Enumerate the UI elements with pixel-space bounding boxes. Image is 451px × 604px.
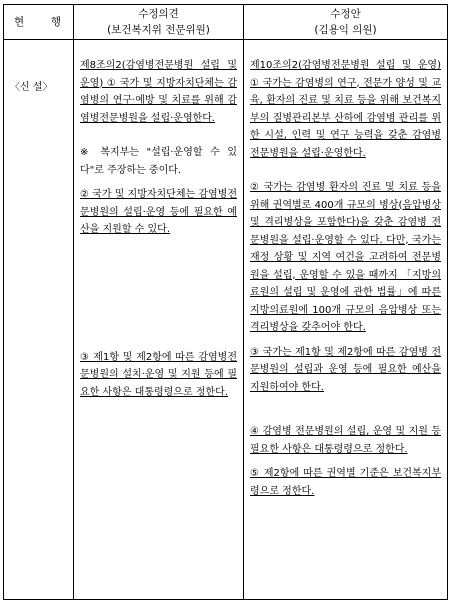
header-amendment: 수정안 (김용익 의원) [244, 5, 448, 40]
header-current: 현 행 [4, 5, 74, 40]
amendment-para-5: ⑤ 제2항에 따른 권역별 기준은 보건복지부령으로 정한다. [250, 465, 441, 500]
header-row: 현 행 수정의견 (보건복지위 전문위원) 수정안 (김용익 의원) [4, 5, 448, 40]
header-amendment-title: 수정안 [244, 6, 447, 22]
amendment-para-2: ② 국가는 감염병 환자의 진료 및 치료 등을 위해 권역별로 400개 규모… [250, 179, 441, 337]
header-opinion-title: 수정의견 [74, 6, 243, 22]
body-row: 〈신 설〉 제8조의2(감염병전문병원 설립 및 운영) ① 국가 및 지방자치… [4, 40, 448, 600]
current-status: 〈신 설〉 [4, 40, 73, 93]
header-current-left: 현 [14, 14, 24, 30]
opinion-para-3: ③ 제1항 및 제2항에 따른 감염병전문병원의 설치·운영 및 지원 등에 필… [80, 349, 237, 402]
opinion-note: ※ 복지부는 "설립·운영할 수 있다"로 주장하는 중이다. [80, 144, 237, 179]
current-cell: 〈신 설〉 [4, 40, 74, 600]
opinion-para-2: ② 국가 및 지방자치단체는 감염병전문병원의 설립·운영 등에 필요한 예산을… [80, 186, 237, 239]
amendment-para-3: ③ 국가는 제1항 및 제2항에 따른 감염병 전문병원의 설립과 운영 등에 … [250, 344, 441, 397]
comparison-table: 현 행 수정의견 (보건복지위 전문위원) 수정안 (김용익 의원) 〈신 설〉… [3, 4, 448, 600]
amendment-para-4: ④ 감염병 전문병원의 설립, 운영 및 지원 등 필요한 사항은 대통령령으로… [250, 423, 441, 458]
opinion-para-1: 제8조의2(감염병전문병원 설립 및 운영) ① 국가 및 지방자치단체는 감염… [80, 57, 237, 127]
opinion-cell: 제8조의2(감염병전문병원 설립 및 운영) ① 국가 및 지방자치단체는 감염… [74, 40, 244, 600]
header-opinion-sub: (보건복지위 전문위원) [74, 22, 243, 38]
header-amendment-sub: (김용익 의원) [244, 22, 447, 38]
header-current-right: 행 [51, 14, 61, 30]
amendment-para-1: 제10조의2(감염병전문병원 설립 및 운영) ① 국가는 감염병의 연구, 전… [250, 57, 441, 162]
amendment-cell: 제10조의2(감염병전문병원 설립 및 운영) ① 국가는 감염병의 연구, 전… [244, 40, 448, 600]
header-opinion: 수정의견 (보건복지위 전문위원) [74, 5, 244, 40]
